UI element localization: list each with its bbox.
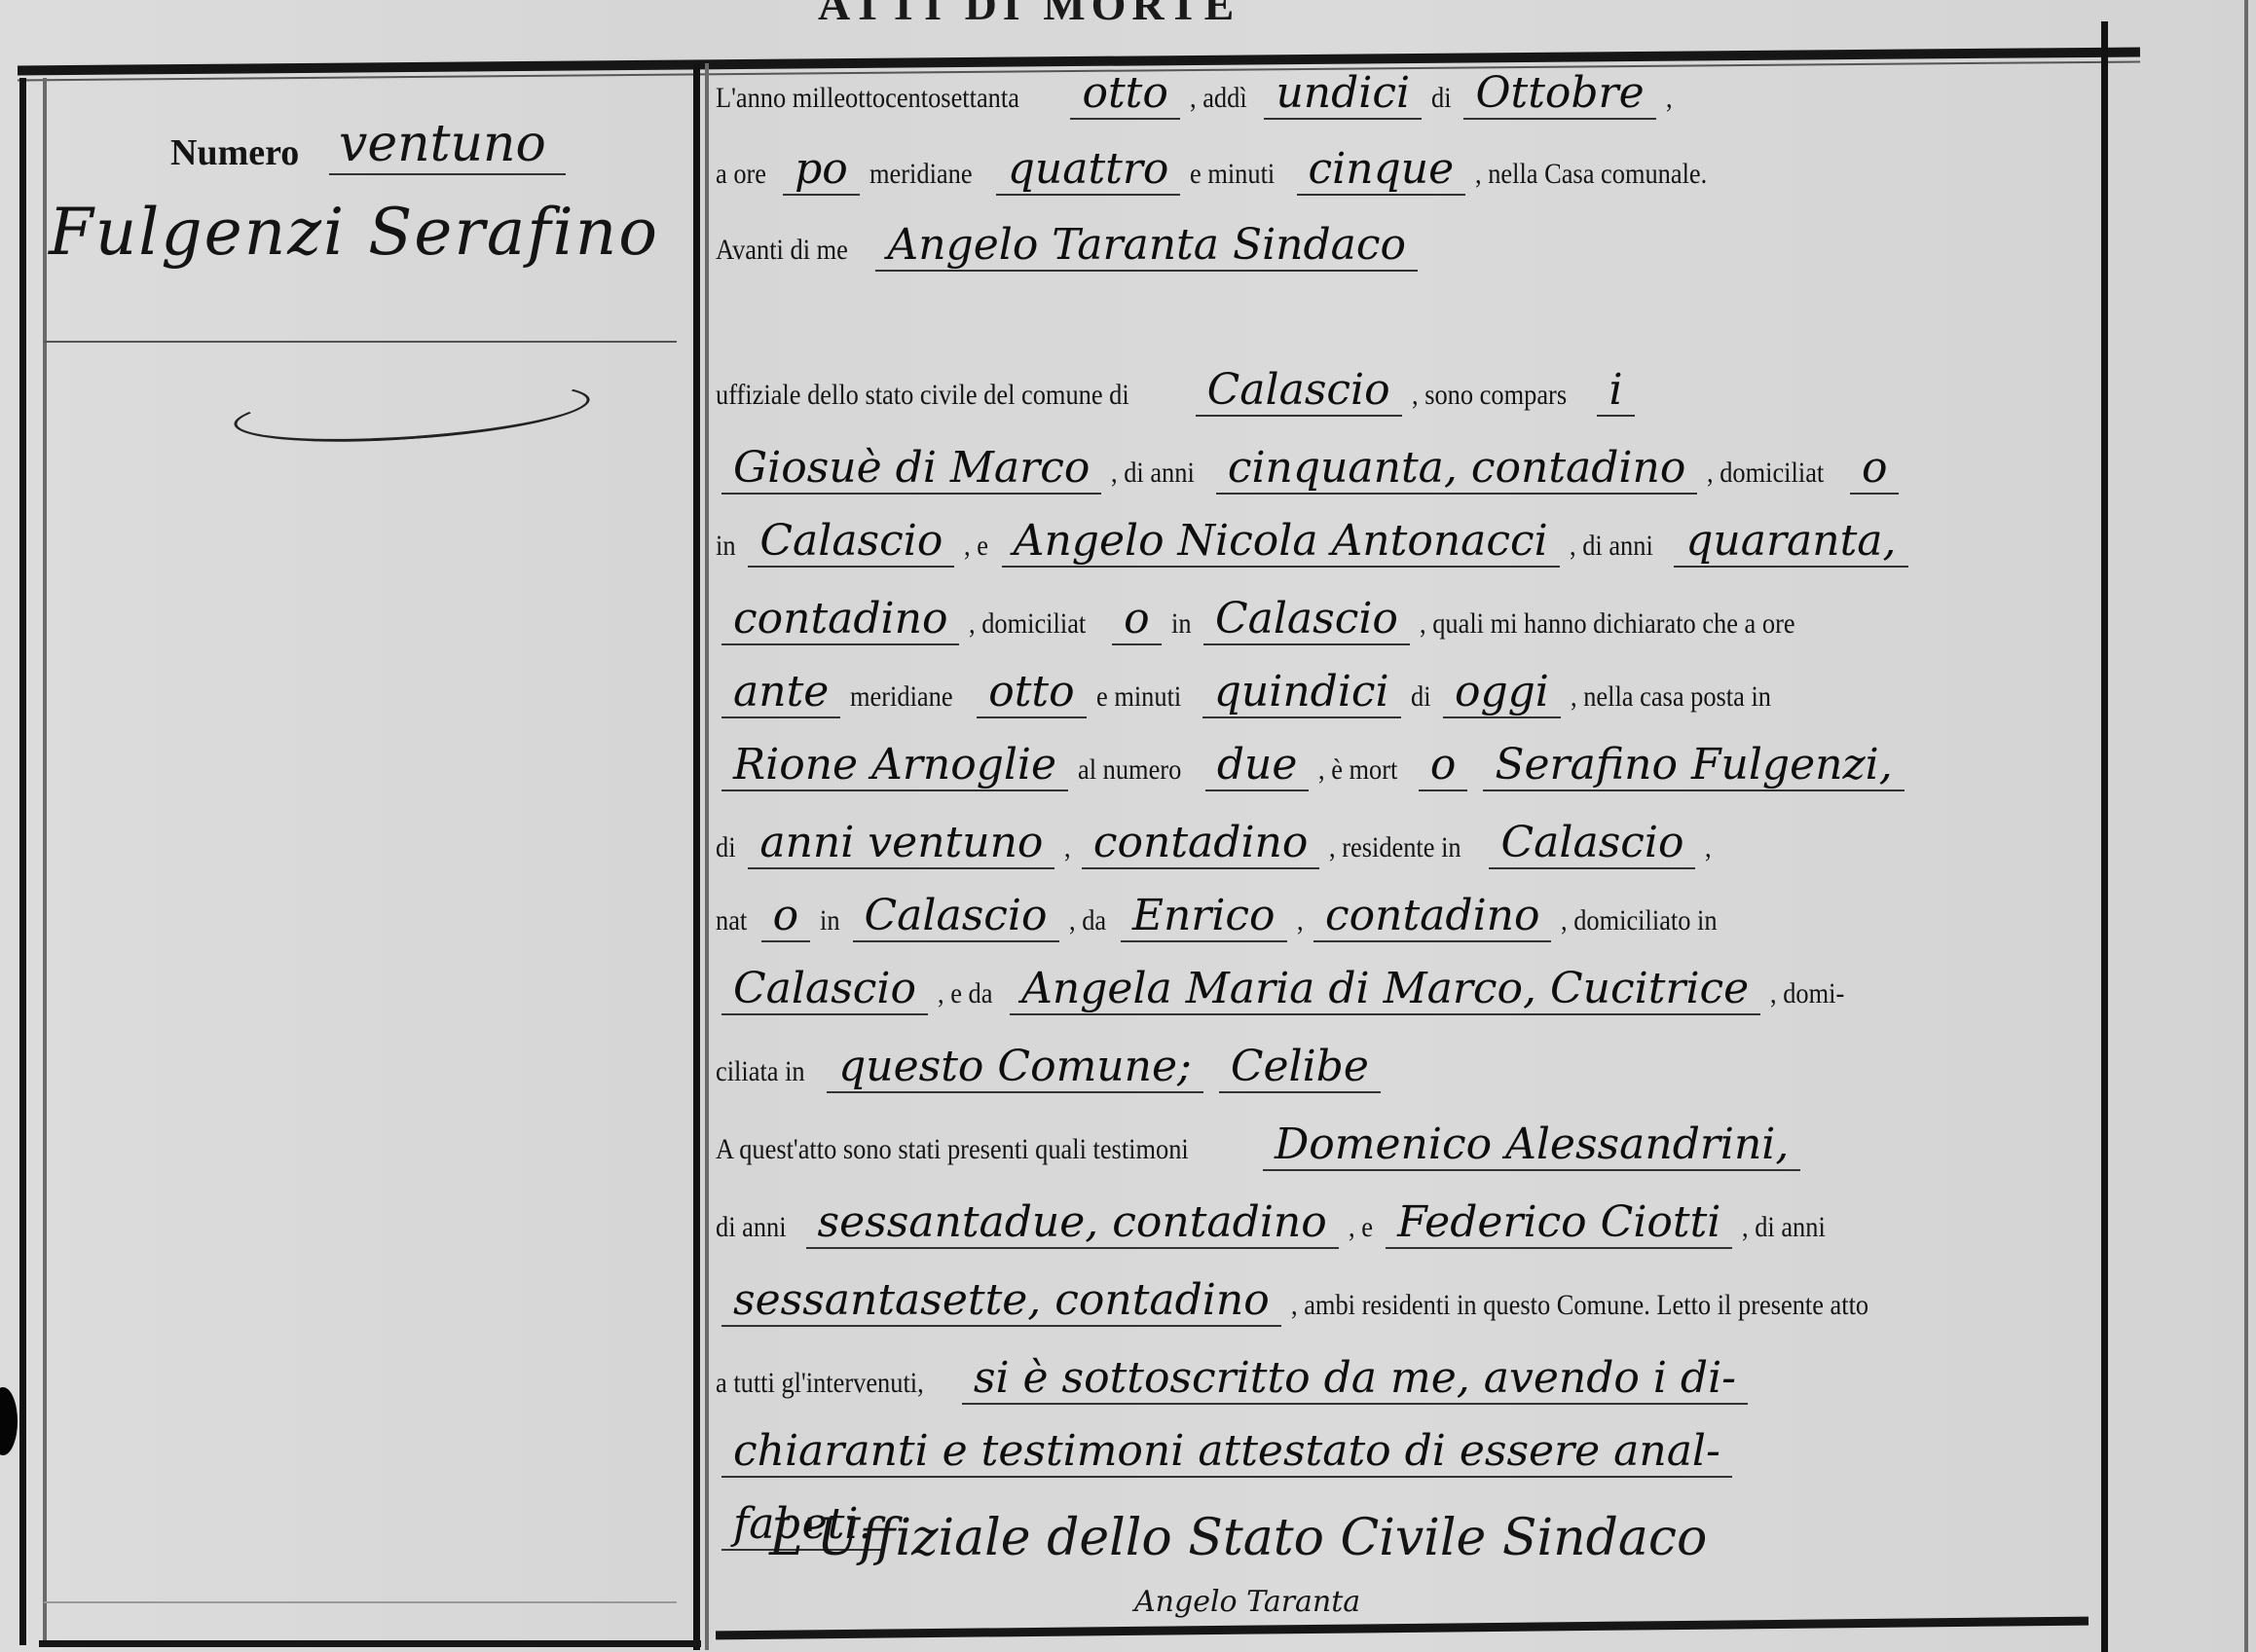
printed-text: , domiciliato in [1561, 904, 1718, 937]
bottom-margin-rule [39, 1640, 701, 1647]
printed-text: , sono compars [1412, 379, 1567, 412]
handwritten-entry: Giosuè di Marco [721, 443, 1101, 495]
printed-text: di [716, 831, 736, 864]
entry-end-rule [716, 1617, 2089, 1640]
printed-text: , [1064, 831, 1071, 864]
handwritten-entry: otto [977, 667, 1086, 718]
numero-label: Numero [170, 131, 299, 174]
printed-text: , [1666, 82, 1673, 115]
entry-line: nat o in Calascio , da Enrico , contadin… [716, 891, 2089, 969]
right-text-border [2101, 21, 2108, 1652]
printed-text: a tutti gl'intervenuti, [716, 1367, 924, 1400]
entry-line: Giosuè di Marco , di anni cinquanta, con… [716, 443, 2089, 521]
handwritten-entry: po [783, 144, 860, 196]
printed-text: ciliata in [716, 1055, 805, 1088]
entry-line: Calascio , e da Angela Maria di Marco, C… [716, 964, 2089, 1042]
printed-text: , quali mi hanno dichiarato che a ore [1420, 607, 1795, 641]
printed-text: meridiane [869, 158, 973, 191]
handwritten-entry: Calascio [1196, 365, 1402, 417]
handwritten-entry: o [1850, 443, 1900, 495]
printed-text: , nella Casa comunale. [1475, 158, 1707, 191]
handwritten-entry: undici [1264, 68, 1422, 120]
printed-text: , di anni [1742, 1211, 1826, 1244]
printed-text: di anni [716, 1211, 787, 1244]
column-divider [693, 63, 700, 1650]
handwritten-entry: oggi [1443, 667, 1561, 718]
printed-text: , residente in [1329, 831, 1461, 864]
entry-line: ciliata in questo Comune; Celibe [716, 1042, 2089, 1120]
handwritten-entry: Rione Arnoglie [721, 740, 1068, 791]
register-page: ATTI DI MORTE Numero ventuno Fulgenzi Se… [0, 0, 2256, 1652]
page-edge [2244, 0, 2248, 1652]
handwritten-entry: sessantadue, contadino [806, 1197, 1339, 1249]
printed-text: , [1297, 904, 1304, 937]
printed-text: di [1411, 680, 1431, 714]
handwritten-entry: cinquanta, contadino [1216, 443, 1697, 495]
handwritten-entry: ante [721, 667, 840, 718]
handwritten-entry: si è sottoscritto da me, avendo i di- [962, 1353, 1748, 1405]
printed-text: L'anno milleottocentosettanta [716, 82, 1019, 115]
handwritten-entry: Serafino Fulgenzi, [1483, 740, 1904, 791]
deceased-name: Fulgenzi Serafino [49, 195, 659, 270]
handwritten-entry: Federico Ciotti [1386, 1197, 1732, 1249]
handwritten-entry: Calascio [853, 891, 1059, 942]
ink-blot [0, 1387, 18, 1455]
printed-text: di [1431, 82, 1452, 115]
entry-line: contadino , domiciliat o in Calascio , q… [716, 594, 2089, 672]
printed-text: in [716, 530, 736, 563]
handwritten-entry: otto [1070, 68, 1179, 120]
printed-text: A quest'atto sono stati presenti quali t… [716, 1133, 1189, 1166]
handwritten-entry: o [1419, 740, 1468, 791]
handwritten-entry: anni ventuno [748, 818, 1054, 869]
printed-text: , [1705, 831, 1712, 864]
printed-text: Avanti di me [716, 234, 848, 267]
printed-text: e minuti [1096, 680, 1181, 714]
handwritten-entry: Enrico [1121, 891, 1287, 942]
entry-line: chiaranti e testimoni attestato di esser… [716, 1426, 2089, 1504]
handwritten-entry: Angelo Nicola Antonacci [1002, 516, 1560, 568]
column-divider-inner [705, 63, 709, 1650]
handwritten-entry: Celibe [1219, 1042, 1381, 1093]
flourish-ornament [232, 372, 591, 451]
handwritten-entry: Calascio [748, 516, 954, 568]
handwritten-entry: contadino [1082, 818, 1319, 869]
handwritten-entry: contadino [721, 594, 959, 645]
handwritten-entry: o [761, 891, 811, 942]
numero-value: ventuno [329, 115, 566, 175]
printed-text: , è mort [1318, 753, 1397, 787]
entry-line: L'anno milleottocentosettanta otto , add… [716, 68, 2089, 146]
handwritten-entry: quindici [1202, 667, 1401, 718]
handwritten-entry: Calascio [721, 964, 928, 1015]
entry-line: a ore po meridiane quattro e minuti cinq… [716, 144, 2089, 222]
printed-text: al numero [1078, 753, 1181, 787]
printed-text: , ambi residenti in questo Comune. Letto… [1291, 1289, 1868, 1322]
printed-text: , di anni [1570, 530, 1653, 563]
handwritten-entry: quattro [996, 144, 1181, 196]
officer-signature: Angelo Taranta [1134, 1585, 1360, 1619]
entry-line: a tutti gl'intervenuti, si è sottoscritt… [716, 1353, 2089, 1431]
printed-text: , domiciliat [969, 607, 1086, 641]
entry-line: in Calascio , e Angelo Nicola Antonacci … [716, 516, 2089, 594]
printed-text: , addì [1190, 82, 1247, 115]
entry-line: Avanti di me Angelo Taranta Sindaco [716, 220, 2089, 298]
printed-text: a ore [716, 158, 766, 191]
signature-block: Angelo Taranta [1134, 1585, 1360, 1619]
handwritten-entry: due [1205, 740, 1310, 791]
left-inner-border [43, 78, 47, 1645]
entry-line: sessantasette, contadino , ambi resident… [716, 1275, 2089, 1353]
entry-line: di anni ventuno , contadino , residente … [716, 818, 2089, 896]
entry-line: Rione Arnoglie al numero due , è mort o … [716, 740, 2089, 818]
left-outer-border [19, 78, 26, 1645]
handwritten-entry: contadino [1313, 891, 1551, 942]
printed-text: , e da [938, 977, 992, 1010]
printed-text: uffiziale dello stato civile del comune … [716, 379, 1129, 412]
entry-line: A quest'atto sono stati presenti quali t… [716, 1120, 2089, 1197]
handwritten-entry: Domenico Alessandrini, [1263, 1120, 1800, 1171]
printed-text: in [820, 904, 840, 937]
printed-text: e minuti [1190, 158, 1275, 191]
printed-text: , e [964, 530, 988, 563]
handwritten-entry: Angelo Taranta Sindaco [875, 220, 1418, 272]
handwritten-entry: chiaranti e testimoni attestato di esser… [721, 1426, 1732, 1478]
handwritten-entry: i [1597, 365, 1634, 417]
handwritten-entry: Calascio [1203, 594, 1410, 645]
left-column-rule-1 [44, 341, 677, 343]
handwritten-entry: Ottobre [1463, 68, 1655, 120]
handwritten-entry: Calascio [1489, 818, 1695, 869]
handwritten-entry: Angela Maria di Marco, Cucitrice [1010, 964, 1760, 1015]
handwritten-entry: sessantasette, contadino [721, 1275, 1281, 1327]
printed-text: , da [1069, 904, 1106, 937]
entry-line: uffiziale dello stato civile del comune … [716, 365, 2089, 443]
printed-text: in [1171, 607, 1192, 641]
printed-text: meridiane [850, 680, 953, 714]
handwritten-entry: cinque [1297, 144, 1466, 196]
printed-text: , e [1349, 1211, 1373, 1244]
entry-line: ante meridiane otto e minuti quindici di… [716, 667, 2089, 745]
printed-text: nat [716, 904, 747, 937]
printed-text: , domiciliat [1707, 457, 1824, 490]
left-column-rule-2 [44, 1601, 677, 1603]
entry-line: di anni sessantadue, contadino , e Feder… [716, 1197, 2089, 1275]
closing-formula: L'Uffiziale dello Stato Civile Sindaco [769, 1509, 1707, 1567]
handwritten-entry: o [1112, 594, 1162, 645]
officer-title: L'Uffiziale dello Stato Civile Sindaco [769, 1509, 1707, 1567]
printed-text: , nella casa posta in [1571, 680, 1771, 714]
printed-text: , di anni [1111, 457, 1195, 490]
register-header-title: ATTI DI MORTE [818, 0, 1239, 30]
handwritten-entry: questo Comune; [827, 1042, 1203, 1093]
handwritten-entry: quaranta, [1674, 516, 1907, 568]
printed-text: , domi- [1770, 977, 1844, 1010]
